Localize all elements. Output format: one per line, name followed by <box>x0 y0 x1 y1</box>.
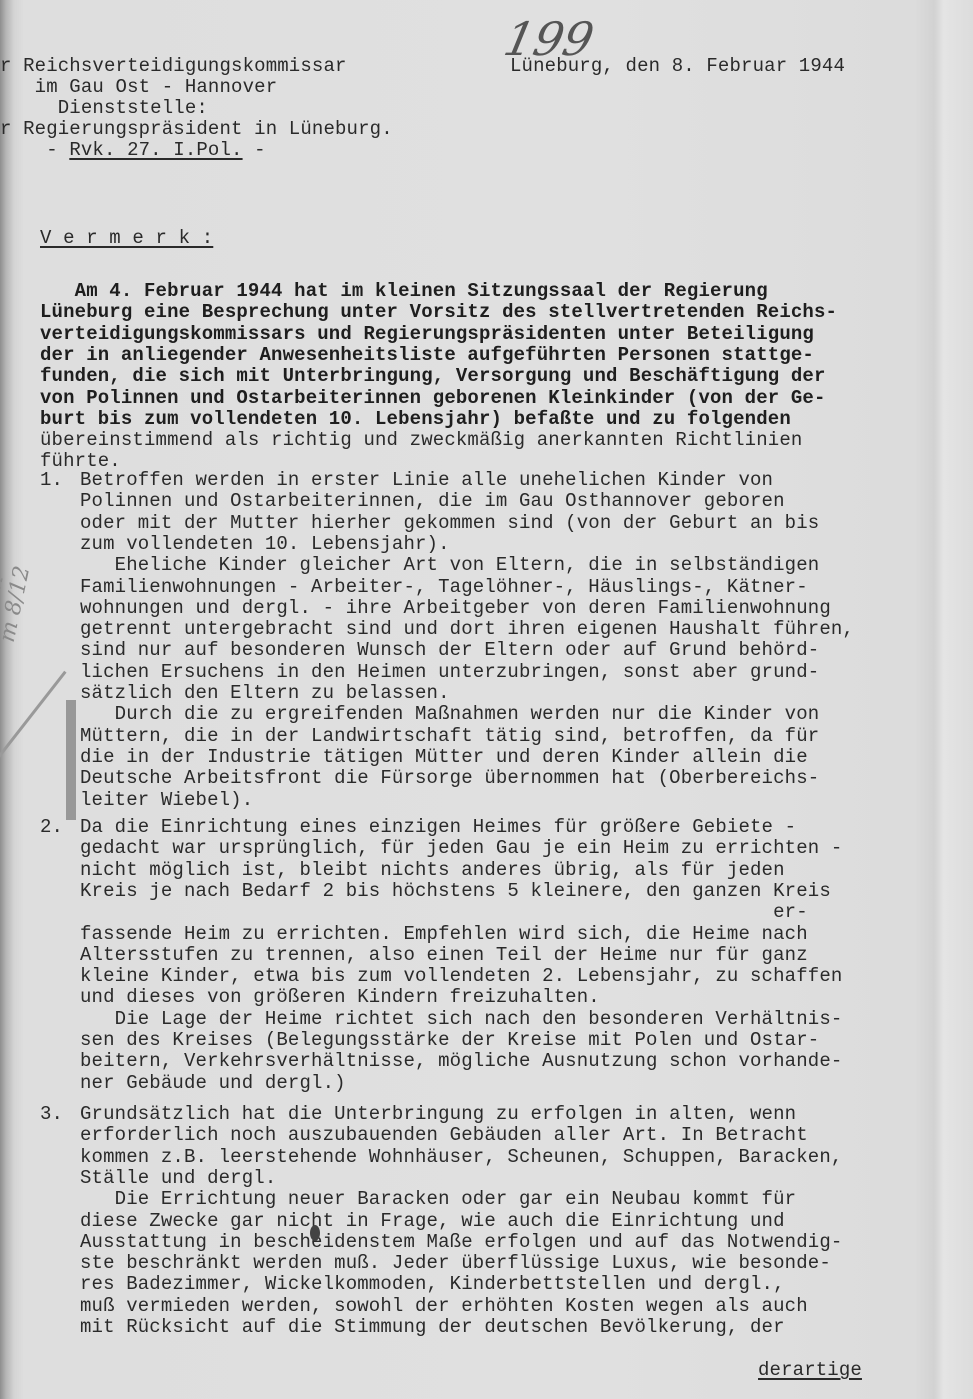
place-date: Lüneburg, den 8. Februar 1944 <box>510 56 845 77</box>
section-line: res Badezimmer, Wickelkommoden, Kinderbe… <box>80 1274 785 1295</box>
section-line: lichen Ersuchens in den Heimen unterzubr… <box>80 662 819 683</box>
section-line: Die Errichtung neuer Baracken oder gar e… <box>80 1189 796 1210</box>
section-line: die in der Industrie tätigen Mütter und … <box>80 747 808 768</box>
section-line: sätzlich den Eltern zu belassen. <box>80 683 450 704</box>
section-line: gedacht war ursprünglich, für jeden Gau … <box>80 838 842 859</box>
section-line: sen des Kreises (Belegungsstärke der Kre… <box>80 1030 819 1051</box>
catchword: derartige <box>758 1360 862 1381</box>
intro-line: der in anliegender Anwesenheitsliste auf… <box>40 345 814 366</box>
section-line: er- <box>80 902 808 923</box>
section-line: ner Gebäude und dergl.) <box>80 1073 346 1094</box>
section-line: mit Rücksicht auf die Stimmung der deuts… <box>80 1317 785 1338</box>
section-line: oder mit der Mutter hierher gekommen sin… <box>80 513 819 534</box>
document-title: V e r m e r k : <box>40 228 213 249</box>
section-line: Eheliche Kinder gleicher Art von Eltern,… <box>80 555 819 576</box>
document-page: 199 r Reichsverteidigungskommissar im Ga… <box>0 0 973 1399</box>
intro-line: verteidigungskommissars und Regierungspr… <box>40 324 814 345</box>
section-line: diese Zwecke gar nicht in Frage, wie auc… <box>80 1211 785 1232</box>
section-line: zum vollendeten 10. Lebensjahr). <box>80 534 450 555</box>
intro-line: übereinstimmend als richtig und zweckmäß… <box>40 430 802 451</box>
section-line: Altersstufen zu trennen, also einen Teil… <box>80 945 808 966</box>
reference-line: - Rvk. 27. I.Pol. - <box>0 140 266 161</box>
reference-suffix: - <box>243 139 266 161</box>
section-line: Die Lage der Heime richtet sich nach den… <box>80 1009 842 1030</box>
section-line: Grundsätzlich hat die Unterbringung zu e… <box>80 1104 796 1125</box>
section-line: Deutsche Arbeitsfront die Fürsorge übern… <box>80 768 819 789</box>
section-line: erforderlich noch auszubauenden Gebäuden… <box>80 1125 808 1146</box>
intro-line: Lüneburg eine Besprechung unter Vorsitz … <box>40 302 837 323</box>
sender-line-3: Dienststelle: <box>0 98 208 119</box>
section-line: kleine Kinder, etwa bis zum vollendeten … <box>80 966 842 987</box>
section-number: 2. <box>40 817 63 838</box>
sender-line-4: r Regierungspräsident in Lüneburg. <box>0 119 393 140</box>
section-line: sind nur auf besonderen Wunsch der Elter… <box>80 640 819 661</box>
section-line: getrennt untergebracht sind und dort ihr… <box>80 619 854 640</box>
sender-line-1: r Reichsverteidigungskommissar <box>0 56 347 77</box>
intro-line: Am 4. Februar 1944 hat im kleinen Sitzun… <box>40 281 768 302</box>
section-line: leiter Wiebel). <box>80 790 253 811</box>
section-line: Ställe und dergl. <box>80 1168 276 1189</box>
section-line: Kreis je nach Bedarf 2 bis höchstens 5 k… <box>80 881 831 902</box>
pencil-mark-bar <box>66 700 76 820</box>
section-line: wohnungen und dergl. - ihre Arbeitgeber … <box>80 598 831 619</box>
section-line: fassende Heim zu errichten. Empfehlen wi… <box>80 924 808 945</box>
section-line: und dieses von größeren Kindern freizuha… <box>80 987 600 1008</box>
section-number: 1. <box>40 470 63 491</box>
sender-line-2: im Gau Ost - Hannover <box>0 77 277 98</box>
section-number: 3. <box>40 1104 63 1125</box>
pencil-mark-slash <box>0 671 67 760</box>
section-line: kommen z.B. leerstehende Wohnhäuser, Sch… <box>80 1147 842 1168</box>
section-line: muß vermieden werden, sowohl der erhöhte… <box>80 1296 808 1317</box>
section-line: Polinnen und Ostarbeiterinnen, die im Ga… <box>80 491 785 512</box>
reference-prefix: - <box>0 139 69 161</box>
section-line: beitern, Verkehrsverhältnisse, mögliche … <box>80 1051 842 1072</box>
intro-line: von Polinnen und Ostarbeiterinnen gebore… <box>40 388 826 409</box>
section-line: Durch die zu ergreifenden Maßnahmen werd… <box>80 704 819 725</box>
ink-blot <box>310 1225 320 1241</box>
intro-line: burt bis zum vollendeten 10. Lebensjahr)… <box>40 409 791 430</box>
section-line: Betroffen werden in erster Linie alle un… <box>80 470 773 491</box>
intro-line: funden, die sich mit Unterbringung, Vers… <box>40 366 826 387</box>
section-line: Familienwohnungen - Arbeiter-, Tagelöhne… <box>80 577 808 598</box>
section-line: ste beschränkt werden muß. Jeder überflü… <box>80 1253 831 1274</box>
section-line: Müttern, die in der Landwirtschaft tätig… <box>80 726 819 747</box>
section-line: nicht möglich ist, bleibt nichts anderes… <box>80 860 785 881</box>
section-line: Da die Einrichtung eines einzigen Heimes… <box>80 817 796 838</box>
section-line: Ausstattung in bescheidenstem Maße erfol… <box>80 1232 842 1253</box>
reference-number: Rvk. 27. I.Pol. <box>69 139 242 161</box>
